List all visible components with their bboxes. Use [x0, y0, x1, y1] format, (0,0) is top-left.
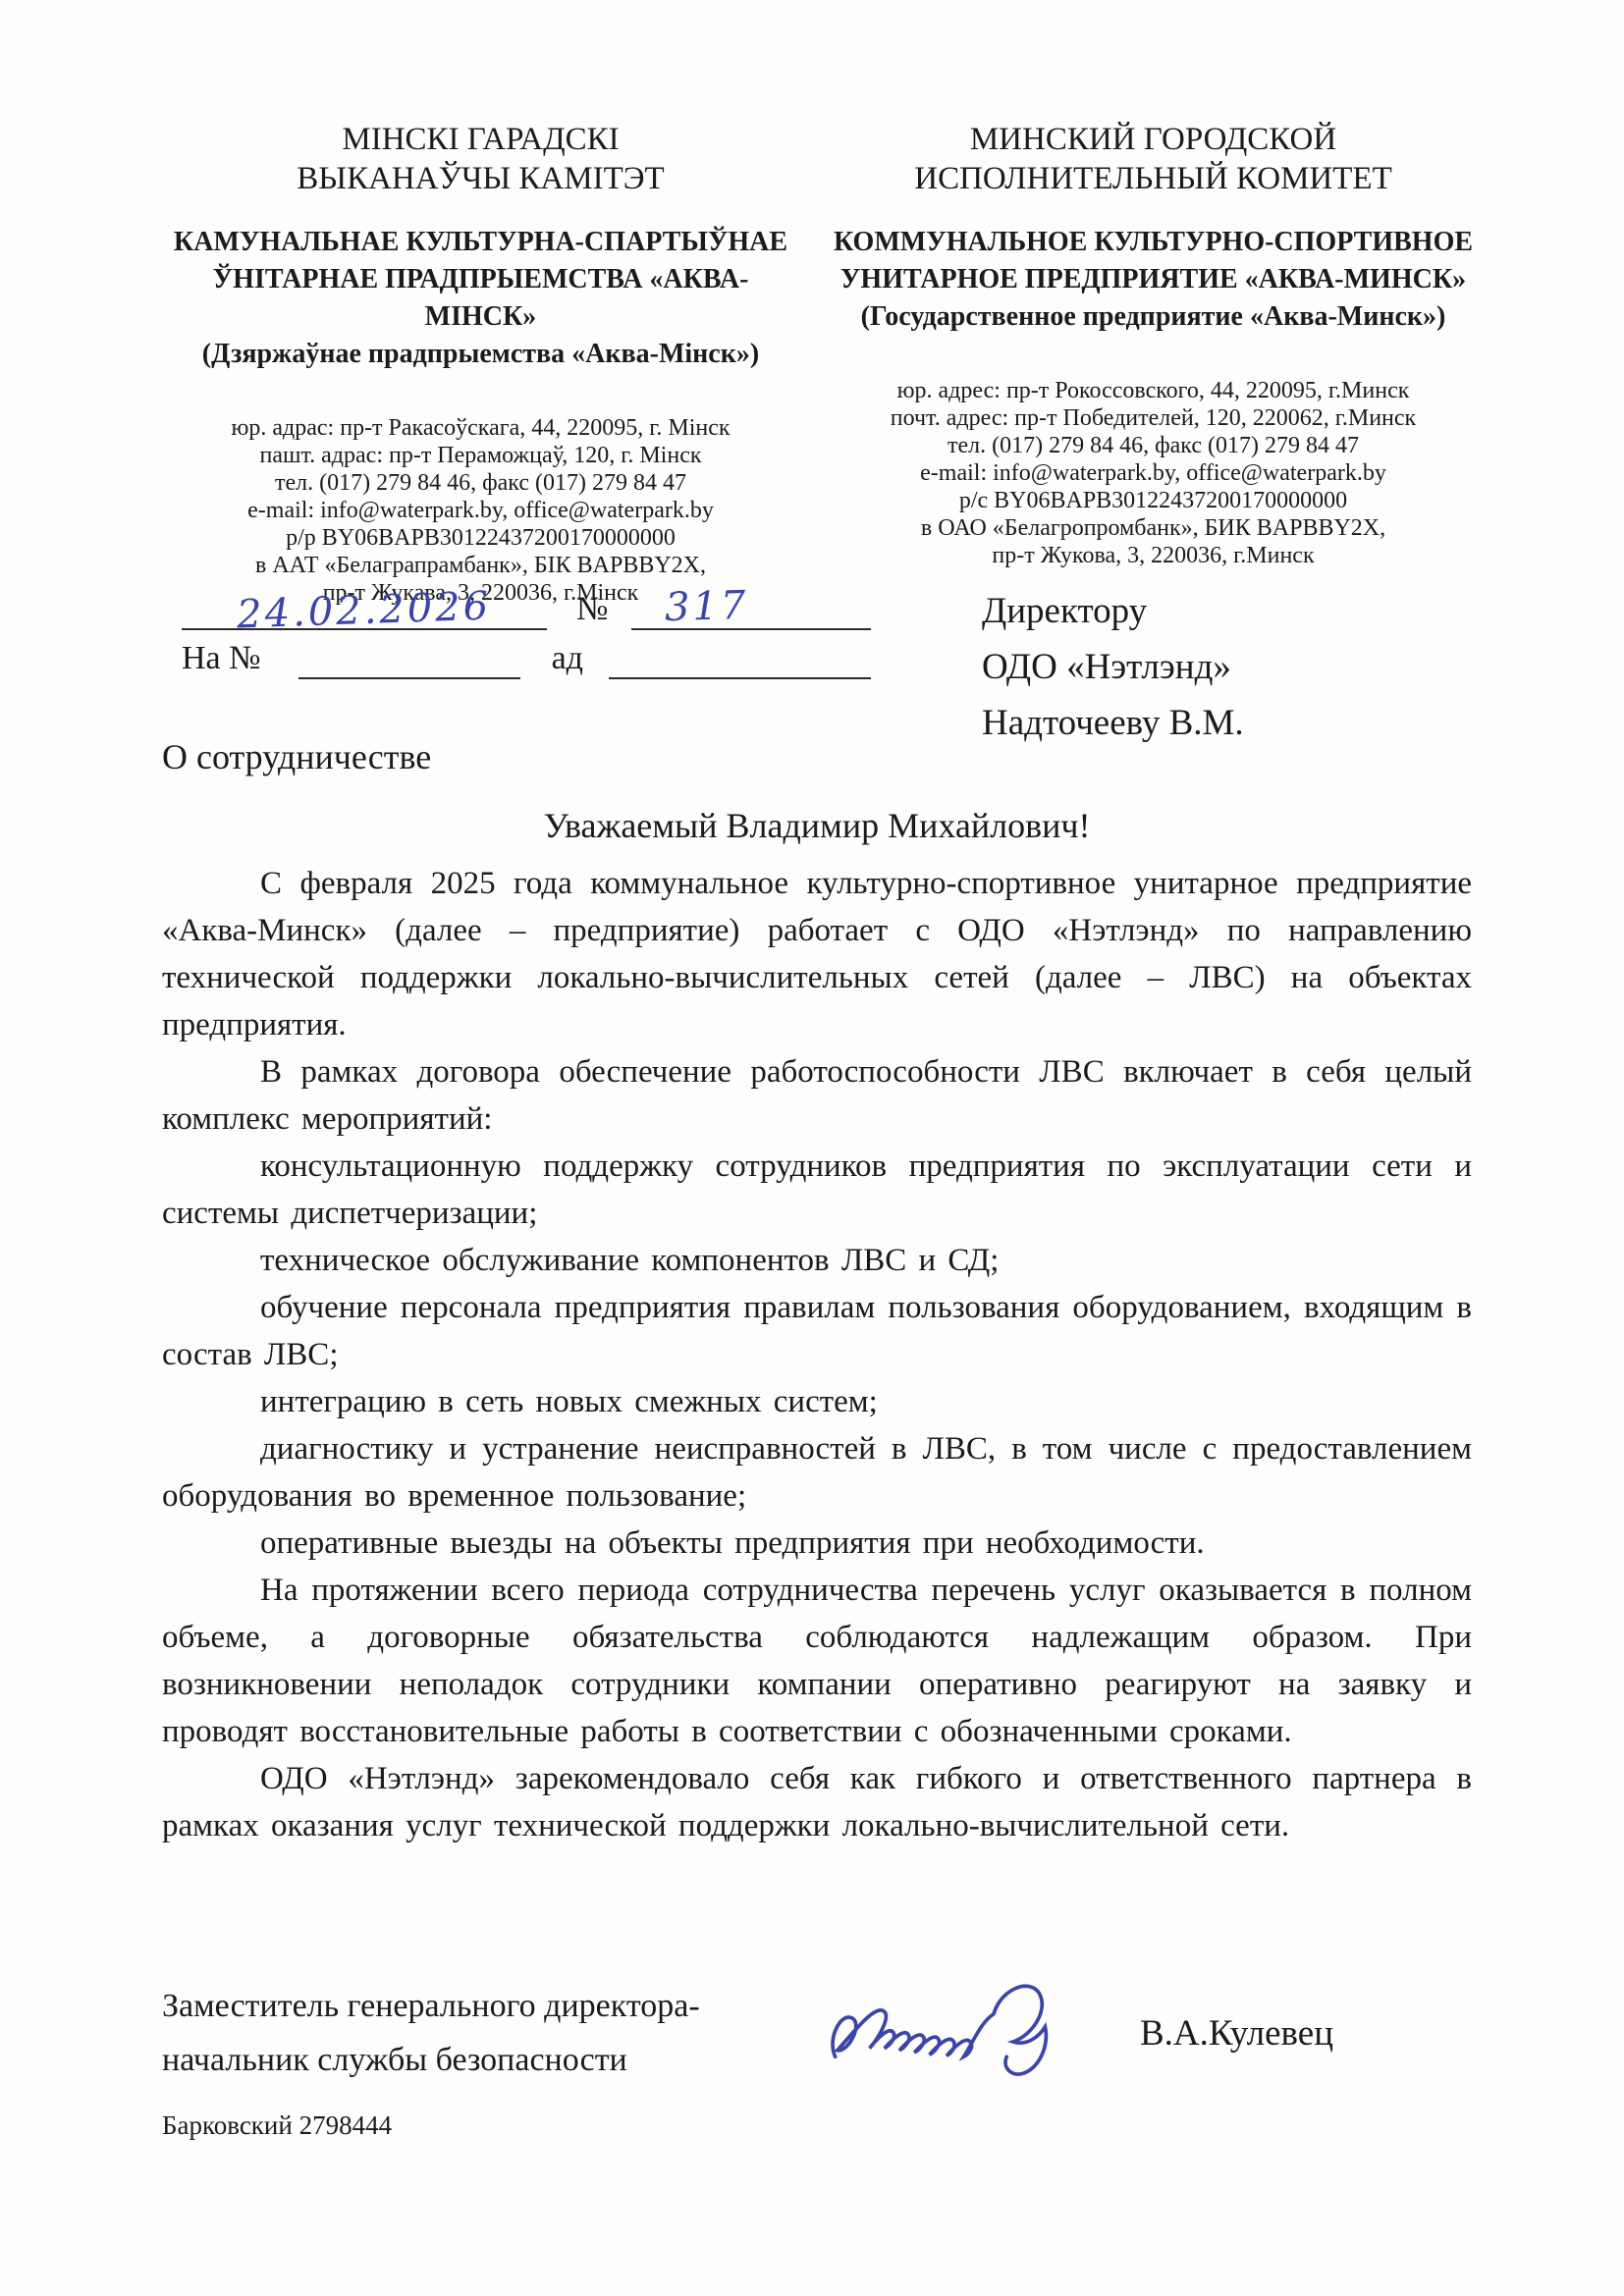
salutation-line: Уважаемый Владимир Михайлович!	[162, 805, 1472, 846]
address-line: в ААТ «Белаграпрамбанк», БІК BAPBBY2X,	[157, 552, 804, 579]
handwritten-date: 24.02.2026	[237, 584, 492, 636]
handwritten-number: 317	[665, 584, 749, 629]
address-block-ru: юр. адрес: пр-т Рокоссовского, 44, 22009…	[830, 377, 1477, 569]
committee-name-ru: МИНСКИЙ ГОРОДСКОЙ ИСПОЛНИТЕЛЬНЫЙ КОМИТЕТ	[830, 120, 1477, 198]
address-line: в ОАО «Белагропромбанк», БИК BAPBBY2X,	[830, 514, 1477, 542]
addressee-block: Директору ОДО «Нэтлэнд» Надточееву В.М.	[982, 583, 1244, 751]
address-line: тел. (017) 279 84 46, факс (017) 279 84 …	[157, 469, 804, 497]
address-line: юр. адрас: пр-т Ракасоўскага, 44, 220095…	[157, 414, 804, 442]
number-field: 317	[631, 585, 871, 630]
letterhead-right-russian: МИНСКИЙ ГОРОДСКОЙ ИСПОЛНИТЕЛЬНЫЙ КОМИТЕТ…	[830, 120, 1477, 607]
committee-line: ИСПОЛНИТЕЛЬНЫЙ КОМИТЕТ	[830, 159, 1477, 198]
reference-row-reply: На № ад	[182, 640, 871, 679]
address-line: юр. адрес: пр-т Рокоссовского, 44, 22009…	[830, 377, 1477, 404]
handwritten-signature-icon	[800, 1971, 1114, 2089]
body-paragraph: диагностику и устранение неисправностей …	[162, 1425, 1472, 1520]
number-sign-label: №	[576, 591, 608, 630]
letter-body: С февраля 2025 года коммунальное культур…	[162, 860, 1472, 1849]
address-line: р/р BY06BAPB30122437200170000000	[157, 524, 804, 552]
addressee-position: Директору	[982, 583, 1244, 639]
ad-label: ад	[552, 640, 583, 679]
organization-name-ru: КОММУНАЛЬНОЕ КУЛЬТУРНО-СПОРТИВНОЕ УНИТАР…	[830, 224, 1477, 336]
reference-block: 24.02.2026 № 317 На № ад	[182, 585, 871, 679]
scanned-letter-page: МІНСКІ ГАРАДСКІ ВЫКАНАЎЧЫ КАМІТЭТ КАМУНА…	[0, 0, 1624, 2296]
org-line: КОММУНАЛЬНОЕ КУЛЬТУРНО-СПОРТИВНОЕ	[830, 224, 1477, 261]
committee-line: МІНСКІ ГАРАДСКІ	[157, 120, 804, 159]
body-paragraph: техническое обслуживание компонентов ЛВС…	[162, 1237, 1472, 1284]
on-number-label: На №	[182, 640, 261, 679]
org-line: (Государственное предприятие «Аква-Минск…	[830, 298, 1477, 336]
org-line: УНИТАРНОЕ ПРЕДПРИЯТИЕ «АКВА-МИНСК»	[830, 261, 1477, 298]
body-paragraph: С февраля 2025 года коммунальное культур…	[162, 860, 1472, 1048]
address-line: почт. адрес: пр-т Победителей, 120, 2200…	[830, 404, 1477, 432]
body-paragraph: ОДО «Нэтлэнд» зарекомендовало себя как г…	[162, 1755, 1472, 1849]
body-paragraph: оперативные выезды на объекты предприяти…	[162, 1520, 1472, 1567]
body-paragraph: консультационную поддержку сотрудников п…	[162, 1143, 1472, 1237]
letterhead-left-belarusian: МІНСКІ ГАРАДСКІ ВЫКАНАЎЧЫ КАМІТЭТ КАМУНА…	[157, 120, 804, 607]
committee-line: ВЫКАНАЎЧЫ КАМІТЭТ	[157, 159, 804, 198]
address-line: р/с BY06BAPB30122437200170000000	[830, 487, 1477, 514]
executor-contact: Барковский 2798444	[162, 2110, 392, 2141]
committee-name-by: МІНСКІ ГАРАДСКІ ВЫКАНАЎЧЫ КАМІТЭТ	[157, 120, 804, 198]
address-line: тел. (017) 279 84 46, факс (017) 279 84 …	[830, 432, 1477, 459]
ad-blank-line	[609, 642, 871, 679]
address-line: пр-т Жукова, 3, 220036, г.Минск	[830, 542, 1477, 569]
body-paragraph: обучение персонала предприятия правилам …	[162, 1284, 1472, 1378]
body-paragraph: интеграцию в сеть новых смежных систем;	[162, 1378, 1472, 1425]
reference-row-date-number: 24.02.2026 № 317	[182, 585, 871, 630]
signer-title: Заместитель генерального директора- нача…	[162, 1979, 790, 2087]
org-line: КАМУНАЛЬНАЕ КУЛЬТУРНА-СПАРТЫЎНАЕ	[157, 224, 804, 261]
on-number-blank-line	[298, 642, 520, 679]
body-paragraph: В рамках договора обеспечение работоспос…	[162, 1048, 1472, 1143]
organization-name-by: КАМУНАЛЬНАЕ КУЛЬТУРНА-СПАРТЫЎНАЕ ЎНІТАРН…	[157, 224, 804, 373]
letterhead: МІНСКІ ГАРАДСКІ ВЫКАНАЎЧЫ КАМІТЭТ КАМУНА…	[157, 120, 1477, 607]
address-line: пашт. адрас: пр-т Пераможцаў, 120, г. Мі…	[157, 442, 804, 469]
committee-line: МИНСКИЙ ГОРОДСКОЙ	[830, 120, 1477, 159]
addressee-company: ОДО «Нэтлэнд»	[982, 639, 1244, 695]
address-line: e-mail: info@waterpark.by, office@waterp…	[157, 497, 804, 524]
signer-title-line: начальник службы безопасности	[162, 2033, 790, 2087]
subject-line: О сотрудничестве	[162, 736, 431, 777]
signature-block: Заместитель генерального директора- нача…	[162, 1977, 1477, 2089]
org-line: (Дзяржаўнае прадпрыемства «Аква-Мінск»)	[157, 336, 804, 373]
signer-name: В.А.Кулевец	[1140, 2012, 1333, 2055]
addressee-person: Надточееву В.М.	[982, 695, 1244, 751]
org-line: ЎНІТАРНАЕ ПРАДПРЫЕМСТВА «АКВА-МІНСК»	[157, 261, 804, 336]
address-block-by: юр. адрас: пр-т Ракасоўскага, 44, 220095…	[157, 414, 804, 607]
signer-title-line: Заместитель генерального директора-	[162, 1979, 790, 2033]
body-paragraph: На протяжении всего периода сотрудничест…	[162, 1567, 1472, 1755]
address-line: e-mail: info@waterpark.by, office@waterp…	[830, 459, 1477, 487]
date-field: 24.02.2026	[182, 585, 547, 630]
